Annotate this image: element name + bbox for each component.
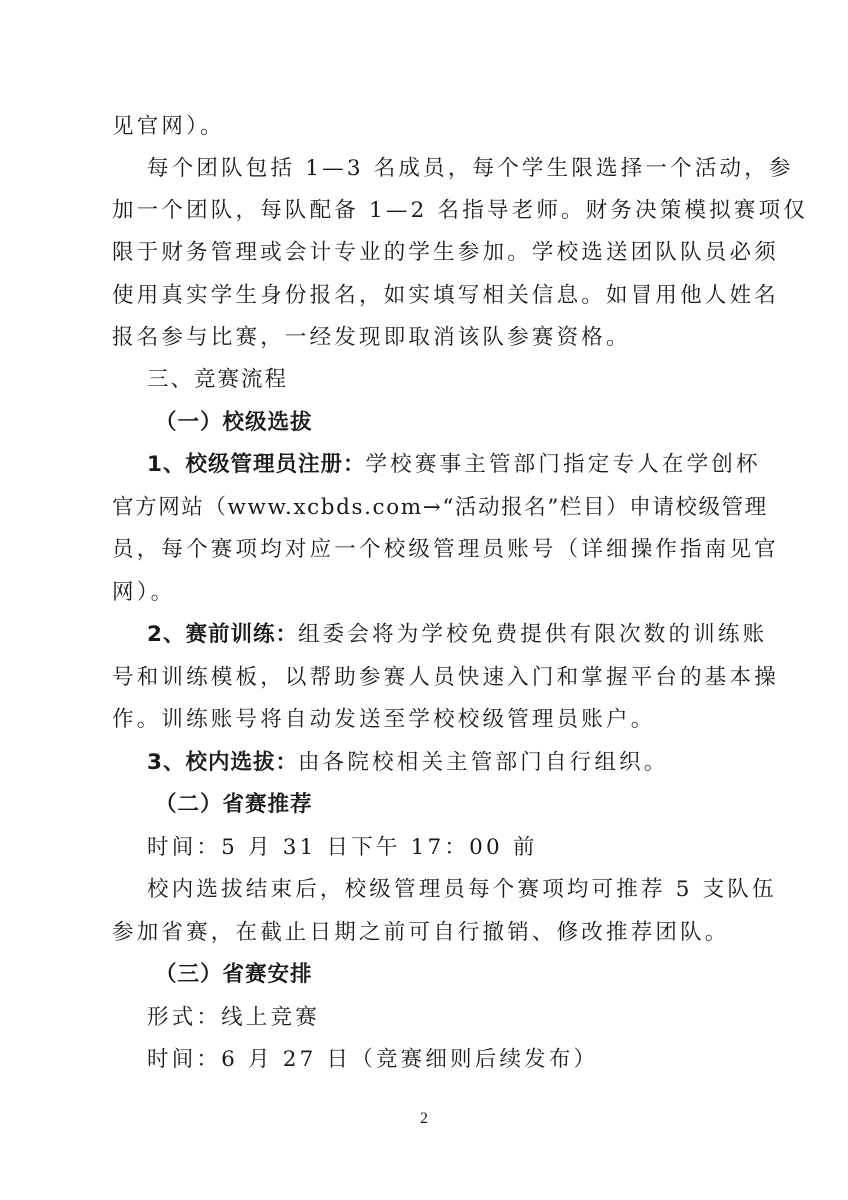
- paragraph-line: 网）。: [112, 578, 738, 608]
- paragraph-line: 1、校级管理员注册：学校赛事主管部门指定专人在学创杯: [147, 450, 738, 480]
- subsection-heading: （一）校级选拔: [155, 408, 781, 438]
- paragraph-line: 员，每个赛项均对应一个校级管理员账号（详细操作指南见官: [112, 535, 738, 565]
- paragraph-line: 见官网）。: [112, 112, 738, 142]
- paragraph-line: 3、校内选拔：由各院校相关主管部门自行组织。: [147, 748, 738, 778]
- item-text: 组委会将为学校免费提供有限次数的训练账: [298, 622, 767, 647]
- paragraph-line: 时间：6 月 27 日（竞赛细则后续发布）: [147, 1045, 738, 1075]
- item-label: 3、校内选拔：: [147, 750, 298, 775]
- paragraph-line: 加一个团队，每队配备 1—2 名指导老师。财务决策模拟赛项仅: [112, 196, 738, 226]
- item-text: 由各院校相关主管部门自行组织。: [298, 750, 669, 775]
- paragraph-line: 形式：线上竞赛: [147, 1003, 738, 1033]
- paragraph-line: 官方网站（www.xcbds.com→“活动报名”栏目）申请校级管理: [112, 493, 738, 523]
- item-label: 2、赛前训练：: [147, 622, 298, 647]
- item-text: 学校赛事主管部门指定专人在学创杯: [365, 452, 760, 477]
- subsection-heading: （二）省赛推荐: [155, 790, 781, 820]
- paragraph-line: 参加省赛，在截止日期之前可自行撤销、修改推荐团队。: [112, 918, 738, 948]
- paragraph-line: 号和训练模板，以帮助参赛人员快速入门和掌握平台的基本操: [112, 663, 738, 693]
- page-number: 2: [0, 1110, 848, 1128]
- paragraph-line: 使用真实学生身份报名，如实填写相关信息。如冒用他人姓名: [112, 281, 738, 311]
- paragraph-line: 报名参与比赛，一经发现即取消该队参赛资格。: [112, 323, 738, 353]
- paragraph-line: 时间：5 月 31 日下午 17：00 前: [147, 833, 738, 863]
- paragraph-line: 校内选拔结束后，校级管理员每个赛项均可推荐 5 支队伍: [147, 875, 738, 905]
- paragraph-line: 2、赛前训练：组委会将为学校免费提供有限次数的训练账: [147, 620, 738, 650]
- subsection-heading: （三）省赛安排: [155, 960, 781, 990]
- paragraph-line: 每个团队包括 1—3 名成员，每个学生限选择一个活动，参: [147, 154, 738, 184]
- paragraph-line: 作。训练账号将自动发送至学校校级管理员账户。: [112, 705, 738, 735]
- paragraph-line: 限于财务管理或会计专业的学生参加。学校选送团队队员必须: [112, 238, 738, 268]
- item-label: 1、校级管理员注册：: [147, 452, 365, 477]
- section-heading: 三、竞赛流程: [147, 365, 738, 395]
